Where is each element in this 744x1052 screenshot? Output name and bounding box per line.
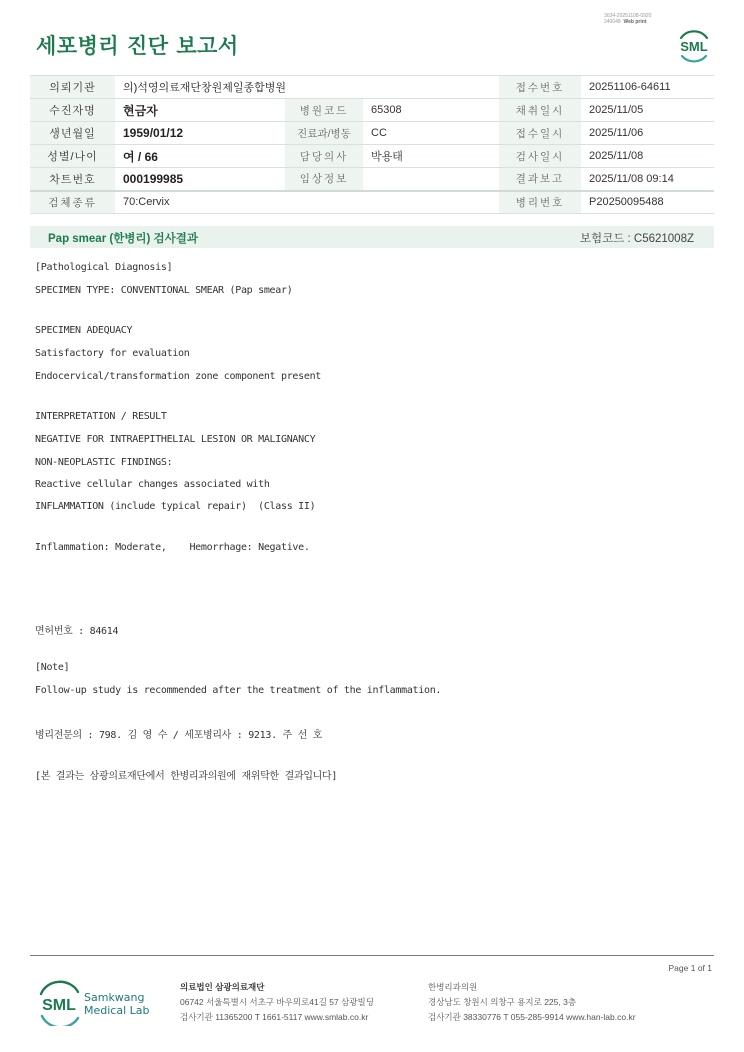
report-line: SPECIMEN ADEQUACY — [35, 325, 132, 336]
label-chart-no: 차트번호 — [30, 168, 115, 191]
report-line: [Note] — [35, 662, 69, 673]
report-line: Satisfactory for evaluation — [35, 348, 189, 359]
svg-text:SML: SML — [680, 39, 708, 54]
value-specimen-type: 70:Cervix — [115, 191, 499, 214]
label-pathology-no: 병리번호 — [499, 191, 581, 214]
patient-info-table: 의뢰기관 의)석영의료재단창원제일종합병원 접수번호 20251106-6461… — [30, 75, 714, 214]
sml-logo-icon: SML — [674, 27, 714, 63]
table-row: 성별/나이 여 / 66 담당의사 박용태 검사일시 2025/11/08 — [30, 145, 714, 168]
page-number: Page 1 of 1 — [669, 963, 712, 973]
lab1-address: 06742 서울특별시 서초구 바우뫼로41길 57 삼광빌딩 — [180, 995, 374, 1010]
label-department: 진료과/병동 — [285, 122, 363, 145]
label-test-date: 검사일시 — [499, 145, 581, 168]
report-line: Endocervical/transformation zone compone… — [35, 371, 321, 382]
label-receipt-date: 접수일시 — [499, 122, 581, 145]
label-requesting-org: 의뢰기관 — [30, 76, 115, 99]
lab2-name: 한병리과의원 — [428, 980, 636, 995]
value-pathology-no: P20250095488 — [581, 191, 714, 214]
svg-text:Medical Lab: Medical Lab — [84, 1004, 150, 1017]
lab1-info: 의료법인 삼광의료재단 06742 서울특별시 서초구 바우뫼로41길 57 삼… — [180, 980, 374, 1025]
print-meta: 3034-20251108-0920 240048 Web print — [604, 13, 651, 25]
result-section-header: Pap smear (한병리) 검사결과 보험코드 : C5621008Z — [30, 226, 714, 248]
table-row: 차트번호 000199985 임상정보 결과보고 2025/11/08 09:1… — [30, 168, 714, 191]
report-line: NON-NEOPLASTIC FINDINGS: — [35, 457, 172, 468]
report-line: SPECIMEN TYPE: CONVENTIONAL SMEAR (Pap s… — [35, 285, 292, 296]
value-receipt-no: 20251106-64611 — [581, 76, 714, 99]
value-hospital-code: 65308 — [363, 99, 499, 122]
table-row: 의뢰기관 의)석영의료재단창원제일종합병원 접수번호 20251106-6461… — [30, 76, 714, 99]
samkwang-logo-icon: SML Samkwang Medical Lab — [36, 980, 156, 1026]
value-requesting-org: 의)석영의료재단창원제일종합병원 — [115, 76, 499, 99]
report-line: INTERPRETATION / RESULT — [35, 411, 167, 422]
value-department: CC — [363, 122, 499, 145]
value-test-date: 2025/11/08 — [581, 145, 714, 168]
table-row: 수진자명 현금자 병원코드 65308 채취일시 2025/11/05 — [30, 99, 714, 122]
report-title: 세포병리 진단 보고서 — [36, 30, 239, 60]
print-mode: Web print — [623, 19, 646, 25]
lab2-contact: 검사기관 38330776 T 055-285-9914 www.han-lab… — [428, 1010, 636, 1025]
label-hospital-code: 병원코드 — [285, 99, 363, 122]
label-report-date: 결과보고 — [499, 168, 581, 191]
lab2-address: 경상남도 창원시 의창구 용지로 225, 3층 — [428, 995, 636, 1010]
section-title: Pap smear (한병리) 검사결과 — [48, 230, 198, 246]
label-sex-age: 성별/나이 — [30, 145, 115, 168]
pathologist-signature: 병리전문의 : 798. 김 영 수 / 세포병리사 : 9213. 주 선 호 — [35, 726, 322, 741]
report-line: Follow-up study is recommended after the… — [35, 685, 441, 696]
report-line: INFLAMMATION (include typical repair) (C… — [35, 501, 315, 512]
label-birthdate: 생년월일 — [30, 122, 115, 145]
lab2-info: 한병리과의원 경상남도 창원시 의창구 용지로 225, 3층 검사기관 383… — [428, 980, 636, 1025]
report-line: [Pathological Diagnosis] — [35, 262, 172, 273]
footer-divider — [30, 955, 714, 956]
value-collection-date: 2025/11/05 — [581, 99, 714, 122]
value-physician: 박용태 — [363, 145, 499, 168]
label-patient-name: 수진자명 — [30, 99, 115, 122]
report-line: Inflammation: Moderate, Hemorrhage: Nega… — [35, 542, 310, 553]
label-physician: 담당의사 — [285, 145, 363, 168]
label-receipt-no: 접수번호 — [499, 76, 581, 99]
label-specimen-type: 검체종류 — [30, 191, 115, 214]
license-number: 면허번호 : 84614 — [35, 622, 118, 637]
value-sex-age: 여 / 66 — [115, 145, 285, 168]
table-row: 검체종류 70:Cervix 병리번호 P20250095488 — [30, 191, 714, 214]
value-clinical-info — [363, 168, 499, 191]
value-birthdate: 1959/01/12 — [115, 122, 285, 145]
value-patient-name: 현금자 — [115, 99, 285, 122]
label-clinical-info: 임상정보 — [285, 168, 363, 191]
consignment-note: [본 결과는 삼광의료재단에서 한병리과의원에 재위탁한 결과입니다] — [35, 767, 337, 782]
report-line: NEGATIVE FOR INTRAEPITHELIAL LESION OR M… — [35, 434, 315, 445]
table-row: 생년월일 1959/01/12 진료과/병동 CC 접수일시 2025/11/0… — [30, 122, 714, 145]
label-collection-date: 채취일시 — [499, 99, 581, 122]
lab1-name: 의료법인 삼광의료재단 — [180, 980, 374, 995]
report-line: Reactive cellular changes associated wit… — [35, 479, 270, 490]
value-chart-no: 000199985 — [115, 168, 285, 191]
value-receipt-date: 2025/11/06 — [581, 122, 714, 145]
lab1-contact: 검사기관 11365200 T 1661-5117 www.smlab.co.k… — [180, 1010, 374, 1025]
svg-text:SML: SML — [42, 997, 76, 1014]
print-code: 240048 — [604, 19, 621, 25]
insurance-code: 보험코드 : C5621008Z — [580, 230, 694, 246]
value-report-date: 2025/11/08 09:14 — [581, 168, 714, 191]
svg-text:Samkwang: Samkwang — [84, 991, 145, 1004]
